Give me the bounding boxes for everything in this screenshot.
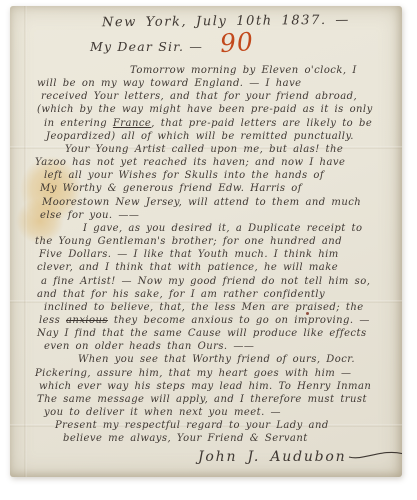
letter-photograph: New York, July 10th 1837. — My Dear Sir.… (0, 0, 417, 500)
letter-line: less anxious they become anxious to go o… (39, 314, 395, 327)
letter-salutation: My Dear Sir. — (90, 39, 203, 54)
letter-line: Tomorrow morning by Eleven o'clock, I (130, 64, 395, 77)
letter-line: Your Young Artist called upon me, but al… (65, 143, 395, 156)
letter-line: left all your Wishes for Skulls into the… (44, 169, 395, 182)
letter-line: in entering France, that pre-paid letter… (44, 117, 395, 130)
letter-line: When you see that Worthy friend of ours,… (78, 353, 395, 366)
letter-line: Yazoo has not yet reached its haven; and… (35, 156, 395, 169)
letter-line: Moorestown New Jersey, will attend to th… (42, 196, 395, 209)
letter-line: I gave, as you desired it, a Duplicate r… (83, 222, 395, 235)
letter-line: Nay I find that the same Cause will prod… (37, 327, 395, 340)
letter-line: My Worthy & generous friend Edw. Harris … (40, 182, 395, 195)
letter-line: will be on my way toward England. — I ha… (37, 77, 395, 90)
letter-line: inclined to believe, that, the less Men … (44, 301, 395, 314)
fold-crease-vertical (24, 6, 27, 477)
catalog-number: 90 (219, 27, 255, 58)
letter-line: Present my respectful regard to your Lad… (55, 419, 395, 432)
letter-line: you to deliver it when next you meet. — (44, 406, 395, 419)
letter-line: Pickering, assure him, that my heart goe… (35, 367, 395, 380)
letter-body: Tomorrow morning by Eleven o'clock, Iwil… (35, 64, 395, 446)
letter-line: (which by the way might have been pre-pa… (37, 103, 395, 116)
letter-line: a fine Artist! — Now my good friend do n… (41, 275, 395, 288)
letter-line: the Young Gentleman's brother; for one h… (35, 235, 395, 248)
signature-flourish (348, 447, 402, 461)
signature: John J. Audubon (198, 447, 402, 465)
letter-line: which ever way his steps may lead him. T… (39, 380, 395, 393)
letter-line: The same message will apply, and I there… (37, 393, 395, 406)
letter-line: received Your letters, and that for your… (41, 90, 395, 103)
letter-paper: New York, July 10th 1837. — My Dear Sir.… (10, 6, 402, 477)
letter-line: else for you. —— (40, 209, 395, 222)
signature-name: John J. Audubon (198, 449, 346, 465)
letter-line: believe me always, Your Friend & Servant (63, 432, 395, 445)
letter-line: and that for his sake, for I am rather c… (37, 288, 395, 301)
letter-dateline: New York, July 10th 1837. — (102, 13, 350, 31)
letter-line: even on older heads than Ours. —— (44, 340, 395, 353)
letter-line: Five Dollars. — I like that Youth much. … (39, 248, 395, 261)
letter-line: Jeopardized) all of which will be remitt… (46, 130, 395, 143)
letter-line: clever, and I think that with patience, … (37, 261, 395, 274)
ink-spot (306, 312, 309, 315)
